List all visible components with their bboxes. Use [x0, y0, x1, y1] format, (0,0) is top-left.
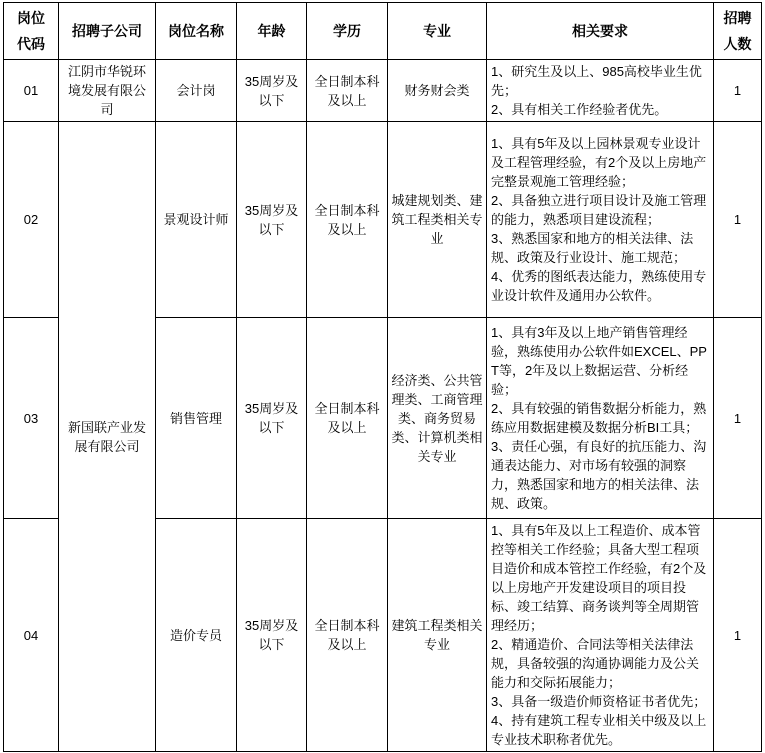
cell-company-merged: 新国联产业发展有限公司: [59, 122, 156, 752]
cell-headcount: 1: [714, 60, 762, 122]
recruitment-table: 岗位 代码 招聘子公司 岗位名称 年龄 学历 专业 相关要求 招聘 人数 01 …: [3, 2, 762, 752]
cell-education: 全日制本科及以上: [307, 318, 388, 519]
cell-code: 01: [4, 60, 59, 122]
header-row: 岗位 代码 招聘子公司 岗位名称 年龄 学历 专业 相关要求 招聘 人数: [4, 3, 762, 60]
cell-major: 建筑工程类相关专业: [388, 519, 487, 752]
table-row-02: 02 新国联产业发展有限公司 景观设计师 35周岁及以下 全日制本科及以上 城建…: [4, 122, 762, 318]
cell-company: 江阴市华锐环境发展有限公司: [59, 60, 156, 122]
cell-education: 全日制本科及以上: [307, 60, 388, 122]
cell-age: 35周岁及以下: [237, 519, 307, 752]
cell-age: 35周岁及以下: [237, 60, 307, 122]
cell-education: 全日制本科及以上: [307, 519, 388, 752]
cell-position: 销售管理: [156, 318, 237, 519]
cell-requirements: 1、具有3年及以上地产销售管理经验，熟练使用办公软件如EXCEL、PPT等，2年…: [487, 318, 714, 519]
header-position-name: 岗位名称: [156, 3, 237, 60]
cell-age: 35周岁及以下: [237, 318, 307, 519]
header-headcount: 招聘 人数: [714, 3, 762, 60]
cell-headcount: 1: [714, 318, 762, 519]
cell-code: 03: [4, 318, 59, 519]
cell-education: 全日制本科及以上: [307, 122, 388, 318]
cell-position: 景观设计师: [156, 122, 237, 318]
cell-code: 02: [4, 122, 59, 318]
header-subsidiary: 招聘子公司: [59, 3, 156, 60]
cell-code: 04: [4, 519, 59, 752]
header-age: 年龄: [237, 3, 307, 60]
cell-requirements: 1、具有5年及以上园林景观专业设计及工程管理经验，有2个及以上房地产完整景观施工…: [487, 122, 714, 318]
cell-position: 会计岗: [156, 60, 237, 122]
cell-position: 造价专员: [156, 519, 237, 752]
header-major: 专业: [388, 3, 487, 60]
table-row-01: 01 江阴市华锐环境发展有限公司 会计岗 35周岁及以下 全日制本科及以上 财务…: [4, 60, 762, 122]
cell-major: 经济类、公共管理类、工商管理类、商务贸易类、计算机类相关专业: [388, 318, 487, 519]
header-education: 学历: [307, 3, 388, 60]
cell-major: 财务财会类: [388, 60, 487, 122]
header-position-code: 岗位 代码: [4, 3, 59, 60]
header-requirements: 相关要求: [487, 3, 714, 60]
cell-headcount: 1: [714, 122, 762, 318]
cell-requirements: 1、具有5年及以上工程造价、成本管控等相关工作经验；具备大型工程项目造价和成本管…: [487, 519, 714, 752]
cell-headcount: 1: [714, 519, 762, 752]
cell-age: 35周岁及以下: [237, 122, 307, 318]
cell-requirements: 1、研究生及以上、985高校毕业生优先； 2、具有相关工作经验者优先。: [487, 60, 714, 122]
cell-major: 城建规划类、建筑工程类相关专业: [388, 122, 487, 318]
